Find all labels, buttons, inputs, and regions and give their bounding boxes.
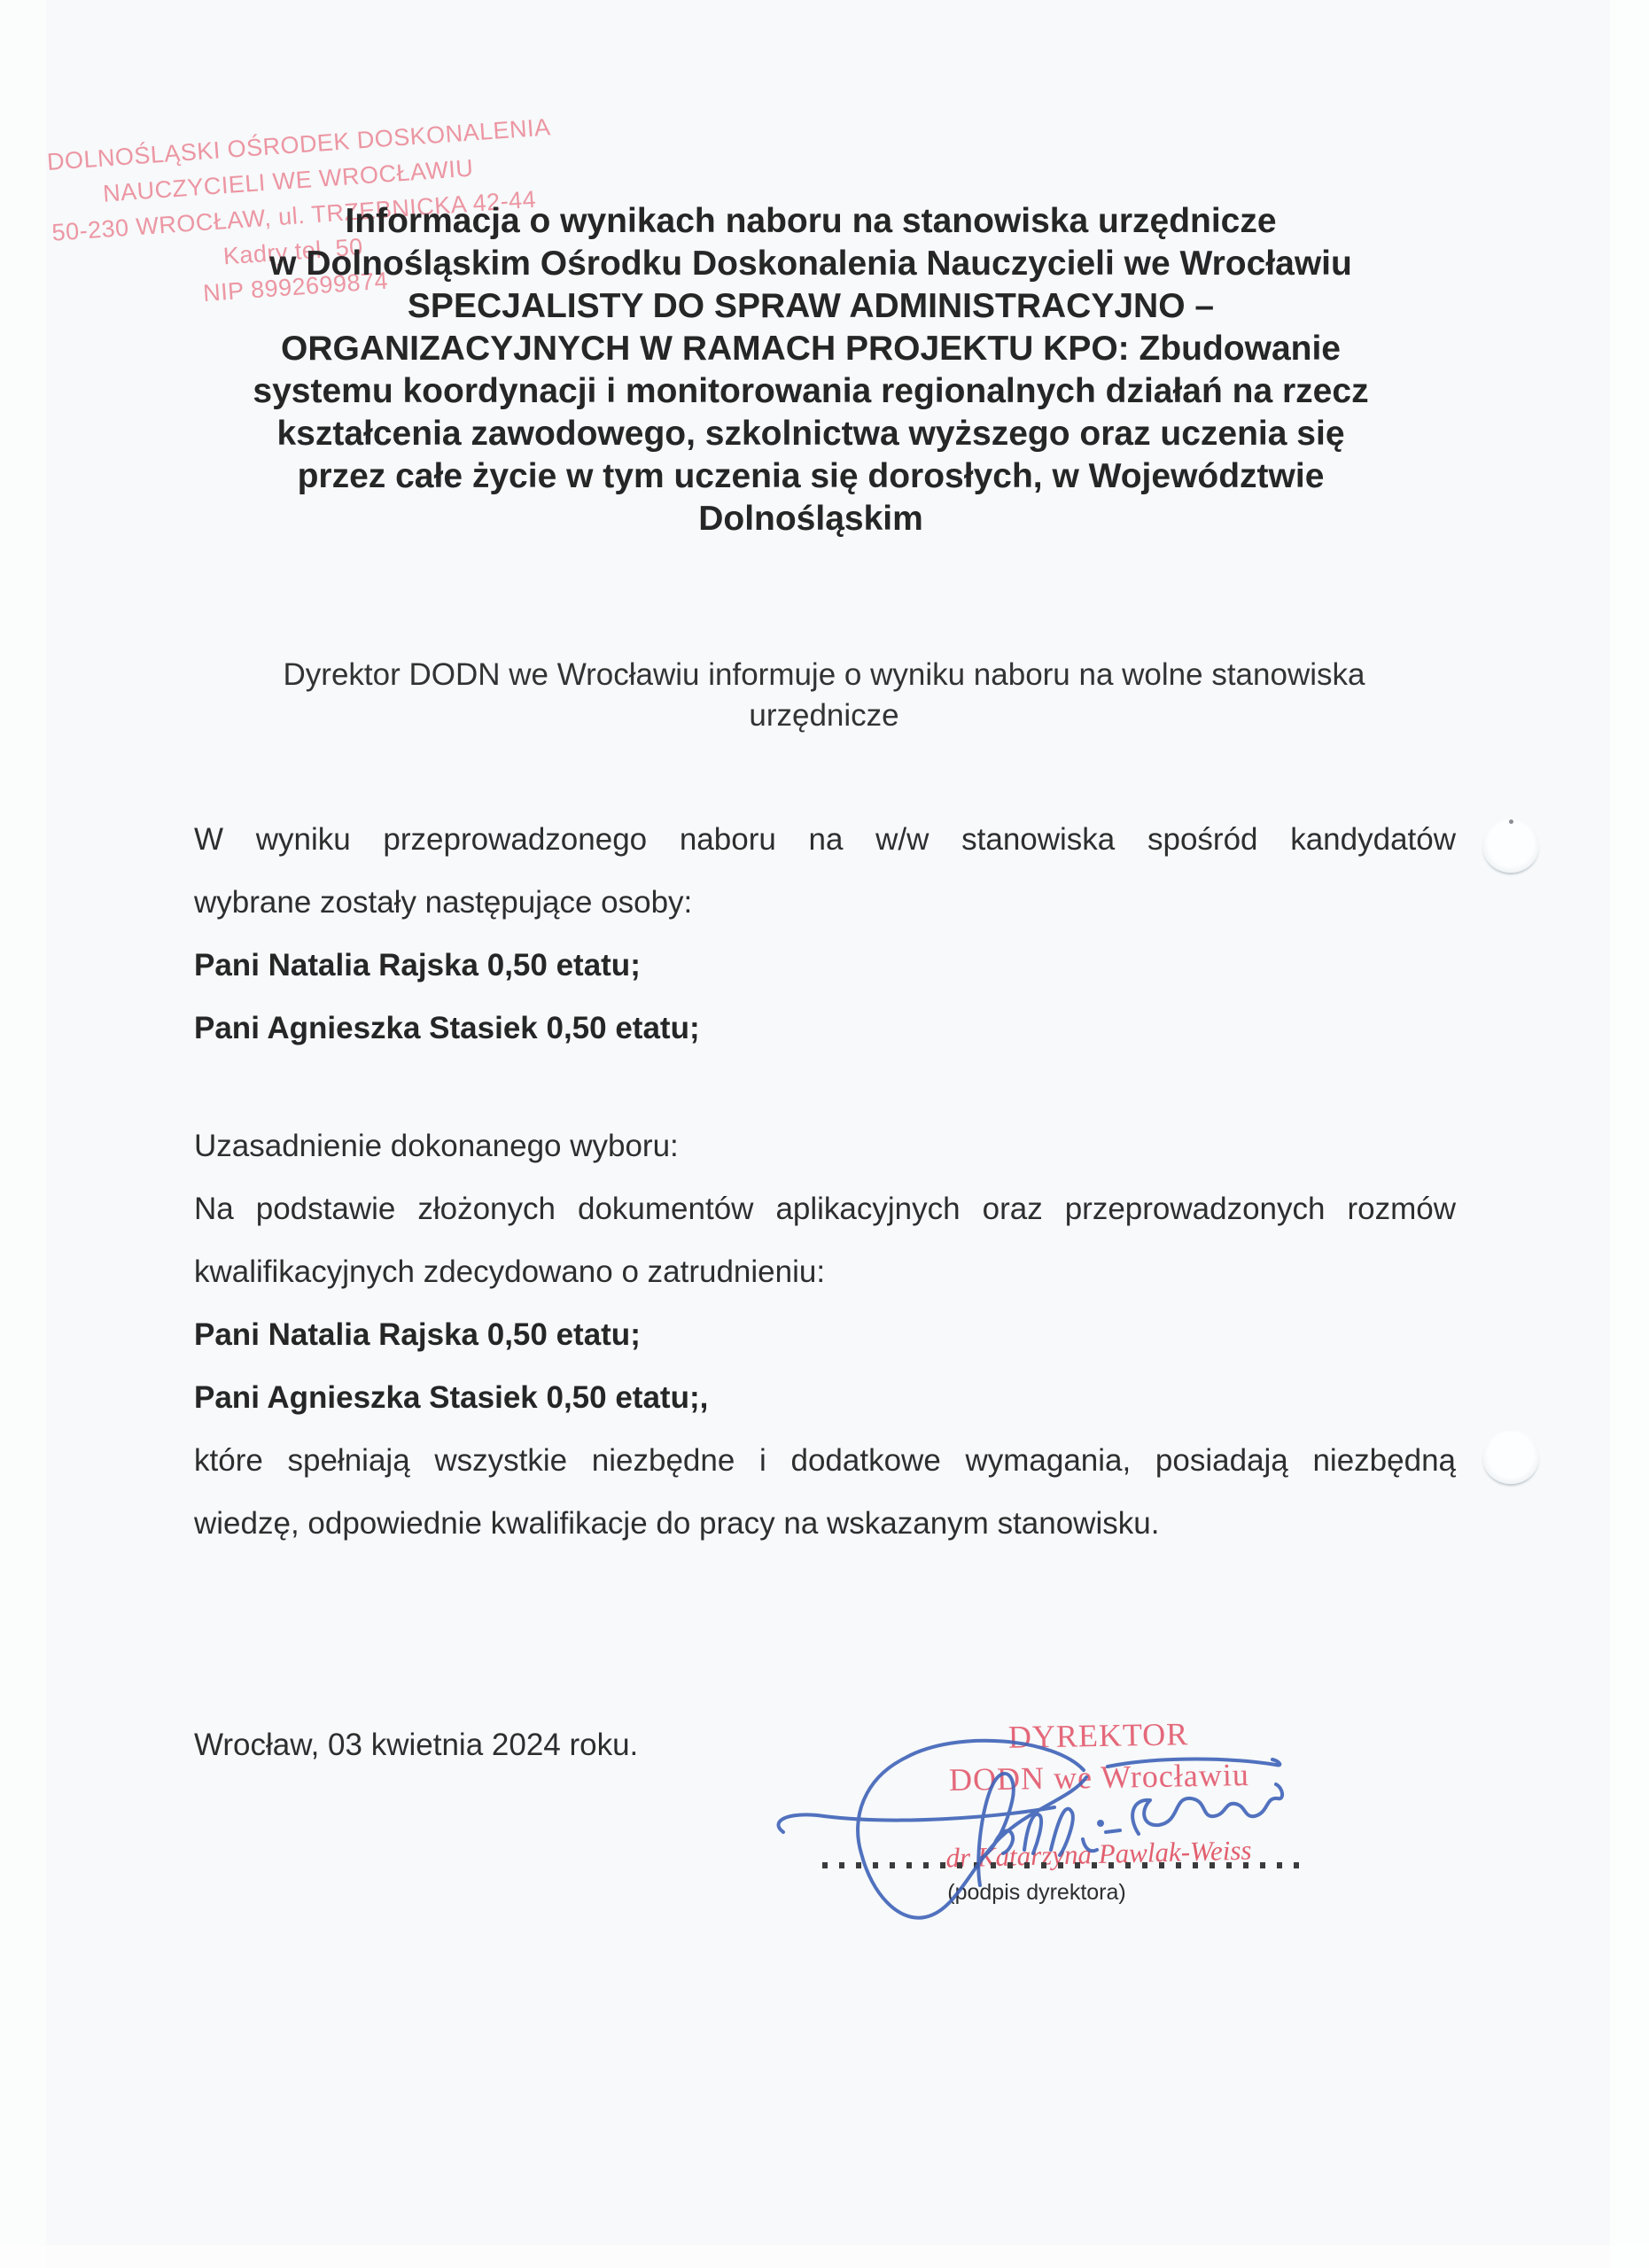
signature-hyphen-stroke (1106, 1830, 1120, 1832)
title-line: przez całe życie w tym uczenia się doros… (115, 455, 1506, 498)
signature-script-stroke (1024, 1814, 1041, 1853)
signature-script-stroke (1051, 1809, 1073, 1855)
results-line: W wyniku przeprowadzonego naboru na w/w … (194, 808, 1456, 871)
signature-script-stroke (1083, 1839, 1097, 1851)
hired-candidate: Pani Natalia Rajska 0,50 etatu; (194, 1303, 1456, 1366)
hired-candidate: Pani Agnieszka Stasiek 0,50 etatu;, (194, 1366, 1456, 1429)
title-line: SPECJALISTY DO SPRAW ADMINISTRACYJNO – (115, 285, 1506, 328)
scan-edge-left (0, 0, 46, 2268)
punch-hole-mark (1482, 1431, 1539, 1484)
scan-edge-right (1610, 0, 1649, 2268)
justification-line: wiedzę, odpowiednie kwalifikacje do prac… (194, 1492, 1456, 1555)
signature-i-dot (1099, 1821, 1102, 1825)
justification-line: które spełniają wszystkie niezbędne i do… (194, 1429, 1456, 1492)
title-line: ORGANIZACYJNYCH W RAMACH PROJEKTU KPO: Z… (115, 328, 1506, 370)
title-line: kształcenia zawodowego, szkolnictwa wyżs… (115, 413, 1506, 455)
scanned-document-page: DOLNOŚLĄSKI OŚRODEK DOSKONALENIA NAUCZYC… (0, 0, 1649, 2268)
intro-line: urzędnicze (124, 695, 1524, 736)
document-title: Informacja o wynikach naboru na stanowis… (115, 200, 1506, 540)
signature-script-stroke (994, 1830, 1013, 1853)
intro-paragraph: Dyrektor DODN we Wrocławiu informuje o w… (124, 655, 1524, 736)
title-line: Dolnośląskim (115, 498, 1506, 540)
title-line: Informacja o wynikach naboru na stanowis… (115, 200, 1506, 243)
punch-hole-dot (1509, 819, 1513, 824)
title-line: w Dolnośląskim Ośrodku Doskonalenia Nauc… (115, 243, 1506, 285)
justification-line: Na podstawie złożonych dokumentów aplika… (194, 1177, 1456, 1240)
place-date-line: Wrocław, 03 kwietnia 2024 roku. (194, 1728, 638, 1763)
title-line: systemu koordynacji i monitorowania regi… (115, 370, 1506, 413)
signature-ink (771, 1728, 1338, 1936)
punch-hole-mark (1482, 819, 1539, 873)
intro-line: Dyrektor DODN we Wrocławiu informuje o w… (124, 655, 1524, 695)
signature-flourish-stroke (1108, 1759, 1280, 1767)
signature-script-stroke (1132, 1784, 1282, 1834)
selected-candidate: Pani Agnieszka Stasiek 0,50 etatu; (194, 997, 1456, 1060)
justification-line: kwalifikacyjnych zdecydowano o zatrudnie… (194, 1240, 1456, 1303)
selected-candidate: Pani Natalia Rajska 0,50 etatu; (194, 934, 1456, 997)
scan-edge-bottom (0, 2245, 1649, 2268)
justification-heading: Uzasadnienie dokonanego wyboru: (194, 1115, 1456, 1177)
signature-loop-stroke (858, 1741, 1086, 1918)
results-line: wybrane zostały następujące osoby: (194, 871, 1456, 934)
justification-paragraph: Uzasadnienie dokonanego wyboru: Na podst… (194, 1115, 1456, 1555)
results-paragraph: W wyniku przeprowadzonego naboru na w/w … (194, 808, 1456, 1060)
